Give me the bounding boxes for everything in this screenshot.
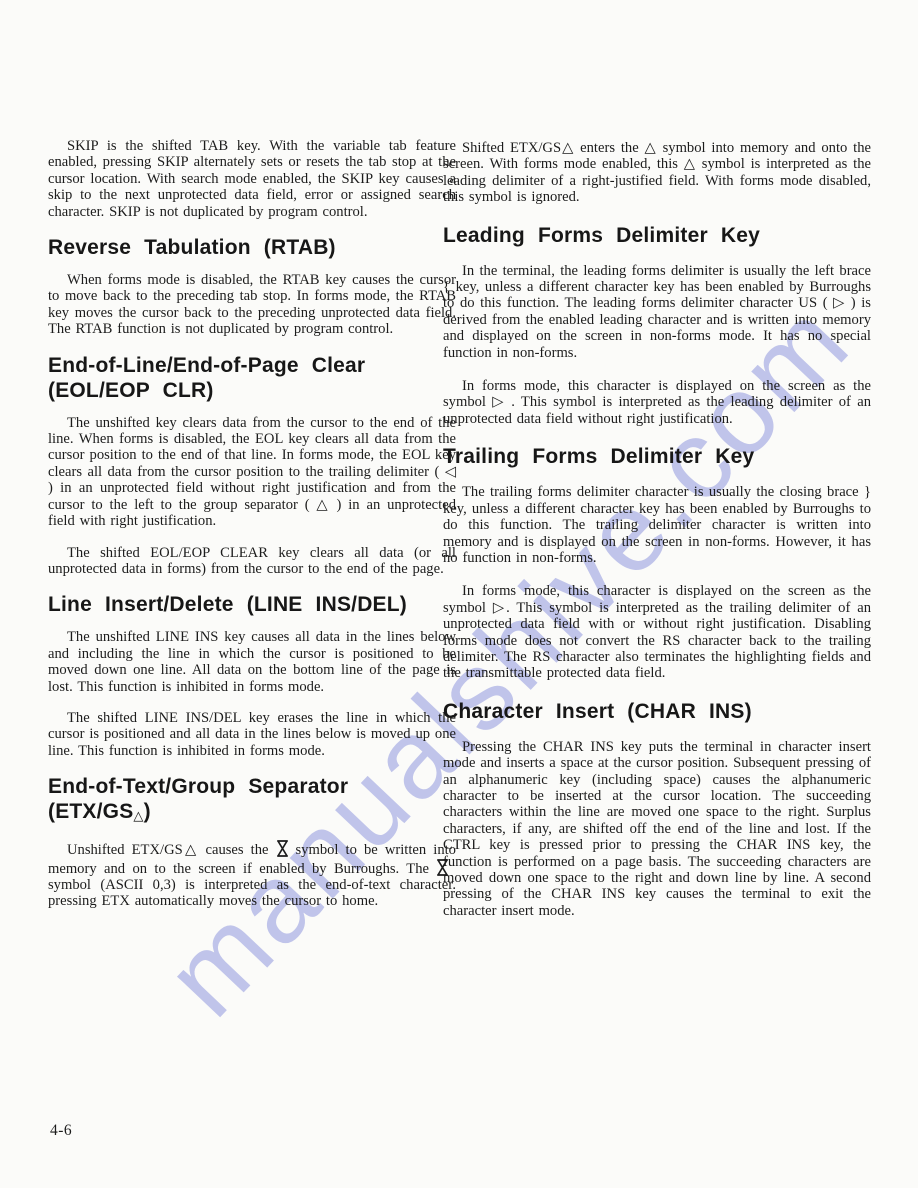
heading-rtab: Reverse Tabulation (RTAB) [48, 235, 456, 260]
etx-paragraph-part1: Unshifted ETX/GS△ causes the [67, 842, 269, 858]
trailing-paragraph-2: In forms mode, this character is display… [443, 583, 871, 681]
heading-eol-line2: (EOL/EOP CLR) [48, 378, 456, 403]
heading-line-ins-del: Line Insert/Delete (LINE INS/DEL) [48, 592, 456, 617]
page-number: 4-6 [50, 1122, 72, 1140]
line-ins-paragraph-1: The unshifted LINE INS key causes all da… [48, 629, 456, 695]
leading-paragraph-1: In the terminal, the leading forms delim… [443, 263, 871, 361]
hourglass-icon [276, 840, 289, 857]
heading-eol-eop-clear: End-of-Line/End-of-Page Clear(EOL/EOP CL… [48, 353, 456, 403]
line-ins-paragraph-2: The shifted LINE INS/DEL key erases the … [48, 710, 456, 759]
heading-etx-line2-pre: (ETX/GS [48, 800, 133, 823]
heading-etx-gs: End-of-Text/Group Separator(ETX/GS△) [48, 774, 456, 828]
heading-leading-forms-delimiter: Leading Forms Delimiter Key [443, 223, 871, 248]
triangle-subscript: △ [133, 808, 143, 823]
skip-paragraph: SKIP is the shifted TAB key. With the va… [48, 138, 456, 220]
eol-paragraph-1: The unshifted key clears data from the c… [48, 415, 456, 530]
page-column-right: Shifted ETX/GS△ enters the △ symbol into… [443, 140, 871, 936]
heading-etx-line2: (ETX/GS△) [48, 799, 456, 828]
etx-paragraph-part3: symbol (ASCII 0,3) is interpreted as the… [48, 877, 456, 909]
manual-page: manualshive.com SKIP is the shifted TAB … [0, 0, 918, 1188]
heading-trailing-forms-delimiter: Trailing Forms Delimiter Key [443, 444, 871, 469]
eol-paragraph-2: The shifted EOL/EOP CLEAR key clears all… [48, 545, 456, 578]
page-column-left: SKIP is the shifted TAB key. With the va… [48, 138, 456, 925]
etx-paragraph: Unshifted ETX/GS△ causes thesymbol to be… [48, 840, 456, 910]
rtab-paragraph: When forms mode is disabled, the RTAB ke… [48, 272, 456, 338]
heading-char-ins: Character Insert (CHAR INS) [443, 699, 871, 724]
heading-etx-line1: End-of-Text/Group Separator [48, 774, 456, 799]
heading-eol-line1: End-of-Line/End-of-Page Clear [48, 353, 456, 378]
heading-etx-line2-post: ) [144, 800, 151, 823]
etx-shift-paragraph: Shifted ETX/GS△ enters the △ symbol into… [443, 140, 871, 206]
leading-paragraph-2: In forms mode, this character is display… [443, 378, 871, 427]
trailing-paragraph-1: The trailing forms delimiter character i… [443, 484, 871, 566]
char-ins-paragraph: Pressing the CHAR INS key puts the termi… [443, 739, 871, 919]
